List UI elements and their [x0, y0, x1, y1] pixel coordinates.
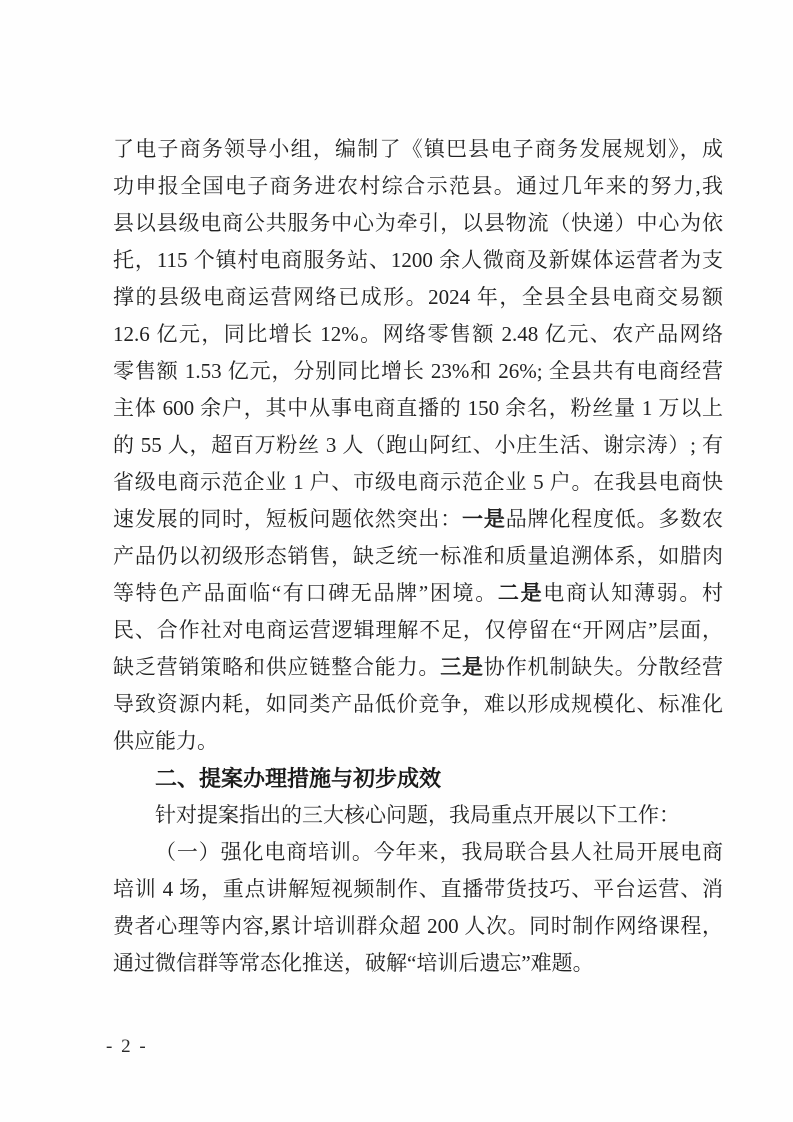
emphasis-text: 三是	[440, 655, 484, 679]
document-line: 零售额 1.53 亿元，分别同比增长 23%和 26%; 全县共有电商经营	[113, 353, 723, 390]
section-heading: 二、提案办理措施与初步成效	[113, 760, 723, 797]
document-line: 了电子商务领导小组，编制了《镇巴县电子商务发展规划》，成	[113, 131, 723, 168]
document-line: 通过微信群等常态化推送，破解“培训后遗忘”难题。	[113, 945, 723, 982]
line-text: 协作机制缺失。分散经营	[484, 655, 723, 679]
line-text: 产品仍以初级形态销售，缺乏统一标准和质量追溯体系，如腊肉	[113, 544, 723, 568]
emphasis-text: 二是	[498, 581, 543, 605]
document-line: 等特色产品面临“有口碑无品牌”困境。二是电商认知薄弱。村	[113, 575, 723, 612]
document-line: 供应能力。	[113, 723, 723, 760]
line-text: （一）强化电商培训。今年来，我局联合县人社局开展电商	[155, 840, 723, 864]
line-text: 省级电商示范企业 1 户、市级电商示范企业 5 户。在我县电商快	[113, 470, 723, 494]
line-text: 等特色产品面临“有口碑无品牌”困境。	[113, 581, 498, 605]
document-line: 主体 600 余户，其中从事电商直播的 150 余名，粉丝量 1 万以上	[113, 390, 723, 427]
line-text: 了电子商务领导小组，编制了《镇巴县电子商务发展规划》，成	[113, 137, 723, 161]
line-text: 功申报全国电子商务进农村综合示范县。通过几年来的努力,我	[113, 174, 723, 198]
line-text: 主体 600 余户，其中从事电商直播的 150 余名，粉丝量 1 万以上	[113, 396, 723, 420]
line-text: 导致资源内耗，如同类产品低价竞争，难以形成规模化、标准化	[113, 692, 723, 716]
document-line: 培训 4 场，重点讲解短视频制作、直播带货技巧、平台运营、消	[113, 871, 723, 908]
line-text: 速发展的同时，短板问题依然突出：	[113, 507, 462, 531]
line-text: 费者心理等内容,累计培训群众超 200 人次。同时制作网络课程，	[113, 914, 723, 938]
document-line: 民、合作社对电商运营逻辑理解不足，仅停留在“开网店”层面，	[113, 612, 723, 649]
document-body: 了电子商务领导小组，编制了《镇巴县电子商务发展规划》，成功申报全国电子商务进农村…	[113, 131, 723, 982]
line-text: 零售额 1.53 亿元，分别同比增长 23%和 26%; 全县共有电商经营	[113, 359, 723, 383]
line-text: 的 55 人，超百万粉丝 3 人（跑山阿红、小庄生活、谢宗涛）; 有	[113, 433, 723, 457]
document-line: 导致资源内耗，如同类产品低价竞争，难以形成规模化、标准化	[113, 686, 723, 723]
document-line: （一）强化电商培训。今年来，我局联合县人社局开展电商	[113, 834, 723, 871]
document-line: 功申报全国电子商务进农村综合示范县。通过几年来的努力,我	[113, 168, 723, 205]
line-text: 电商认知薄弱。村	[543, 581, 723, 605]
line-text: 培训 4 场，重点讲解短视频制作、直播带货技巧、平台运营、消	[113, 877, 723, 901]
line-text: 县以县级电商公共服务中心为牵引，以县物流（快递）中心为依	[113, 211, 723, 235]
document-line: 托，115 个镇村电商服务站、1200 余人微商及新媒体运营者为支	[113, 242, 723, 279]
document-line: 产品仍以初级形态销售，缺乏统一标准和质量追溯体系，如腊肉	[113, 538, 723, 575]
emphasis-text: 一是	[462, 507, 506, 531]
line-text: 12.6 亿元，同比增长 12%。网络零售额 2.48 亿元、农产品网络	[113, 322, 723, 346]
line-text: 托，115 个镇村电商服务站、1200 余人微商及新媒体运营者为支	[113, 248, 723, 272]
page-number: - 2 -	[106, 1036, 148, 1058]
document-line: 撑的县级电商运营网络已成形。2024 年，全县全县电商交易额	[113, 279, 723, 316]
line-text: 通过微信群等常态化推送，破解“培训后遗忘”难题。	[113, 951, 594, 975]
line-text: 撑的县级电商运营网络已成形。2024 年，全县全县电商交易额	[113, 285, 723, 309]
document-line: 的 55 人，超百万粉丝 3 人（跑山阿红、小庄生活、谢宗涛）; 有	[113, 427, 723, 464]
document-line: 12.6 亿元，同比增长 12%。网络零售额 2.48 亿元、农产品网络	[113, 316, 723, 353]
line-text: 供应能力。	[113, 729, 218, 753]
document-page: 了电子商务领导小组，编制了《镇巴县电子商务发展规划》，成功申报全国电子商务进农村…	[0, 0, 793, 1122]
line-text: 针对提案指出的三大核心问题，我局重点开展以下工作：	[155, 803, 680, 827]
document-line: 速发展的同时，短板问题依然突出：一是品牌化程度低。多数农	[113, 501, 723, 538]
line-text: 品牌化程度低。多数农	[506, 507, 723, 531]
document-line: 县以县级电商公共服务中心为牵引，以县物流（快递）中心为依	[113, 205, 723, 242]
line-text: 缺乏营销策略和供应链整合能力。	[113, 655, 440, 679]
document-line: 针对提案指出的三大核心问题，我局重点开展以下工作：	[113, 797, 723, 834]
document-line: 省级电商示范企业 1 户、市级电商示范企业 5 户。在我县电商快	[113, 464, 723, 501]
document-line: 费者心理等内容,累计培训群众超 200 人次。同时制作网络课程，	[113, 908, 723, 945]
line-text: 二、提案办理措施与初步成效	[155, 766, 441, 791]
document-line: 缺乏营销策略和供应链整合能力。三是协作机制缺失。分散经营	[113, 649, 723, 686]
line-text: 民、合作社对电商运营逻辑理解不足，仅停留在“开网店”层面，	[113, 618, 723, 642]
